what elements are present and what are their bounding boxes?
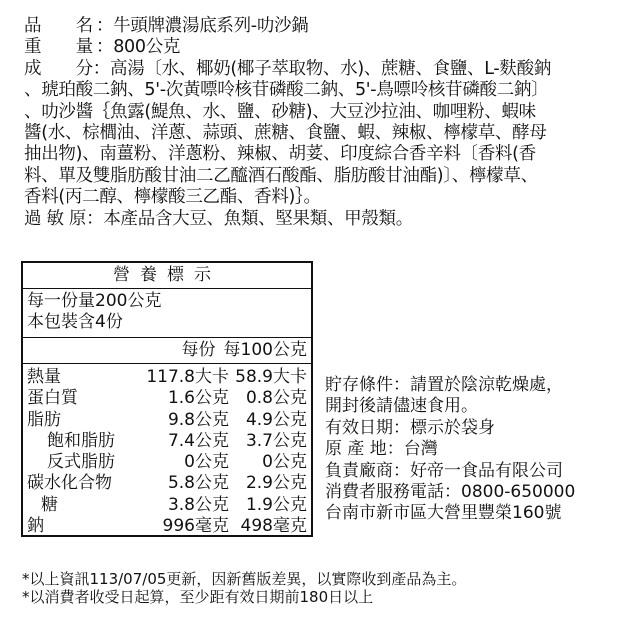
weight-row: 重 量：800公克 bbox=[24, 37, 604, 58]
footnote-expiry: *以消費者收受日起算，至少距有效日期前180日以上 bbox=[22, 588, 466, 606]
nutrient-name: 鈉 bbox=[27, 516, 119, 537]
allergen-label: 過 敏 原 bbox=[24, 209, 86, 230]
expiry-date: 有效日期：標示於袋身 bbox=[325, 418, 575, 439]
nutrient-name: 脂肪 bbox=[27, 410, 119, 431]
storage-conditions: 貯存條件：請置於陰涼乾燥處， bbox=[325, 375, 575, 396]
product-name-label: 品 名 bbox=[24, 16, 96, 37]
servings-per-pack: 本包裝含4份 bbox=[27, 312, 307, 333]
per-serving-value: 117.8大卡 bbox=[119, 367, 229, 388]
per-serving-value: 1.6公克 bbox=[119, 388, 229, 409]
ingredients-line-5: 抽出物)、南薑粉、洋蔥粉、辣椒、胡荽、印度綜合香辛料〔香料(香 bbox=[24, 144, 604, 165]
ingredients-line-2: 、琥珀酸二鈉、5'-次黃嘌呤核苷磷酸二鈉、5'-鳥嘌呤核苷磷酸二鈉〕 bbox=[24, 80, 604, 101]
weight-value: ：800公克 bbox=[96, 37, 180, 57]
serving-info: 每一份量200公克 本包裝含4份 bbox=[23, 289, 311, 338]
allergen-row: 過 敏 原：本產品含大豆、魚類、堅果類、甲殼類。 bbox=[24, 209, 604, 230]
per-100g-value: 4.9公克 bbox=[229, 410, 307, 431]
nutrient-name: 碳水化合物 bbox=[27, 473, 119, 494]
product-name-value: ：牛頭牌濃湯底系列-叻沙鍋 bbox=[96, 16, 308, 36]
nutrient-name: 飽和脂肪 bbox=[27, 431, 119, 452]
ingredients-line-1: 成 分：高湯〔水、椰奶(椰子萃取物、水)、蔗糖、食鹽、L-麩酸鈉 bbox=[24, 59, 604, 80]
per-100g-value: 498毫克 bbox=[229, 516, 307, 537]
footnotes: *以上資訊113/07/05更新，因新舊版差異，以實際收到產品為主。 *以消費者… bbox=[22, 570, 466, 606]
ingredients-line-3: 、叻沙醬｛魚露(鯷魚、水、鹽、砂糖)、大豆沙拉油、咖哩粉、蝦味 bbox=[24, 102, 604, 123]
manufacturer-address: 台南市新市區大營里豐榮160號 bbox=[325, 503, 575, 524]
product-name-row: 品 名：牛頭牌濃湯底系列-叻沙鍋 bbox=[24, 16, 604, 37]
nutrition-row-sugar: 糖 3.8公克 1.9公克 bbox=[27, 495, 307, 516]
nutrition-row-carbohydrate: 碳水化合物 5.8公克 2.9公克 bbox=[27, 473, 307, 494]
nutrition-header: 每份 每100公克 bbox=[23, 338, 311, 364]
per-serving-value: 7.4公克 bbox=[119, 431, 229, 452]
storage-after-opening: 開封後請儘速食用。 bbox=[325, 396, 575, 417]
country-of-origin: 原 產 地：台灣 bbox=[325, 439, 575, 460]
ingredients-line-7: 香料(丙二醇、檸檬酸三乙酯、香料)｝。 bbox=[24, 187, 604, 208]
nutrition-title: 營養標示 bbox=[23, 263, 311, 289]
nutrition-row-trans-fat: 反式脂肪 0公克 0公克 bbox=[27, 452, 307, 473]
ingredients-line-4: 醬(水、棕櫚油、洋蔥、蒜頭、蔗糖、食鹽、蝦、辣椒、檸檬草、酵母 bbox=[24, 123, 604, 144]
nutrient-name: 熱量 bbox=[27, 367, 119, 388]
ingredients-line-6: 料、單及雙脂肪酸甘油二乙醯酒石酸酯、脂肪酸甘油酯)〕、檸檬草、 bbox=[24, 166, 604, 187]
nutrient-name: 蛋白質 bbox=[27, 388, 119, 409]
footnote-update: *以上資訊113/07/05更新，因新舊版差異，以實際收到產品為主。 bbox=[22, 570, 466, 588]
per-serving-value: 9.8公克 bbox=[119, 410, 229, 431]
nutrient-name: 糖 bbox=[27, 495, 119, 516]
nutrition-rows: 熱量 117.8大卡 58.9大卡 蛋白質 1.6公克 0.8公克 脂肪 9.8… bbox=[23, 364, 311, 537]
nutrient-name: 反式脂肪 bbox=[27, 452, 119, 473]
nutrition-table: 營養標示 每一份量200公克 本包裝含4份 每份 每100公克 熱量 117.8… bbox=[21, 261, 313, 537]
nutrition-row-fat: 脂肪 9.8公克 4.9公克 bbox=[27, 410, 307, 431]
per-serving-value: 996毫克 bbox=[119, 516, 229, 537]
manufacturer: 負責廠商：好帝一食品有限公司 bbox=[325, 461, 575, 482]
per-100g-value: 3.7公克 bbox=[229, 431, 307, 452]
per-100g-value: 58.9大卡 bbox=[229, 367, 307, 388]
product-info: 品 名：牛頭牌濃湯底系列-叻沙鍋 重 量：800公克 成 分：高湯〔水、椰奶(椰… bbox=[24, 16, 604, 230]
per-100g-value: 0公克 bbox=[229, 452, 307, 473]
per-serving-value: 3.8公克 bbox=[119, 495, 229, 516]
per-100g-value: 0.8公克 bbox=[229, 388, 307, 409]
nutrition-row-protein: 蛋白質 1.6公克 0.8公克 bbox=[27, 388, 307, 409]
col-per-serving: 每份 bbox=[182, 338, 216, 363]
per-serving-value: 5.8公克 bbox=[119, 473, 229, 494]
weight-label: 重 量 bbox=[24, 37, 96, 58]
serving-size: 每一份量200公克 bbox=[27, 291, 307, 312]
per-serving-value: 0公克 bbox=[119, 452, 229, 473]
storage-and-manufacturer-info: 貯存條件：請置於陰涼乾燥處， 開封後請儘速食用。 有效日期：標示於袋身 原 產 … bbox=[325, 375, 575, 525]
nutrition-row-saturated-fat: 飽和脂肪 7.4公克 3.7公克 bbox=[27, 431, 307, 452]
nutrition-row-calories: 熱量 117.8大卡 58.9大卡 bbox=[27, 367, 307, 388]
col-per-100g: 每100公克 bbox=[224, 338, 307, 363]
nutrition-row-sodium: 鈉 996毫克 498毫克 bbox=[27, 516, 307, 537]
allergen-value: ：本產品含大豆、魚類、堅果類、甲殼類。 bbox=[86, 209, 413, 229]
per-100g-value: 2.9公克 bbox=[229, 473, 307, 494]
customer-service-phone: 消費者服務電話：0800-650000 bbox=[325, 482, 575, 503]
per-100g-value: 1.9公克 bbox=[229, 495, 307, 516]
